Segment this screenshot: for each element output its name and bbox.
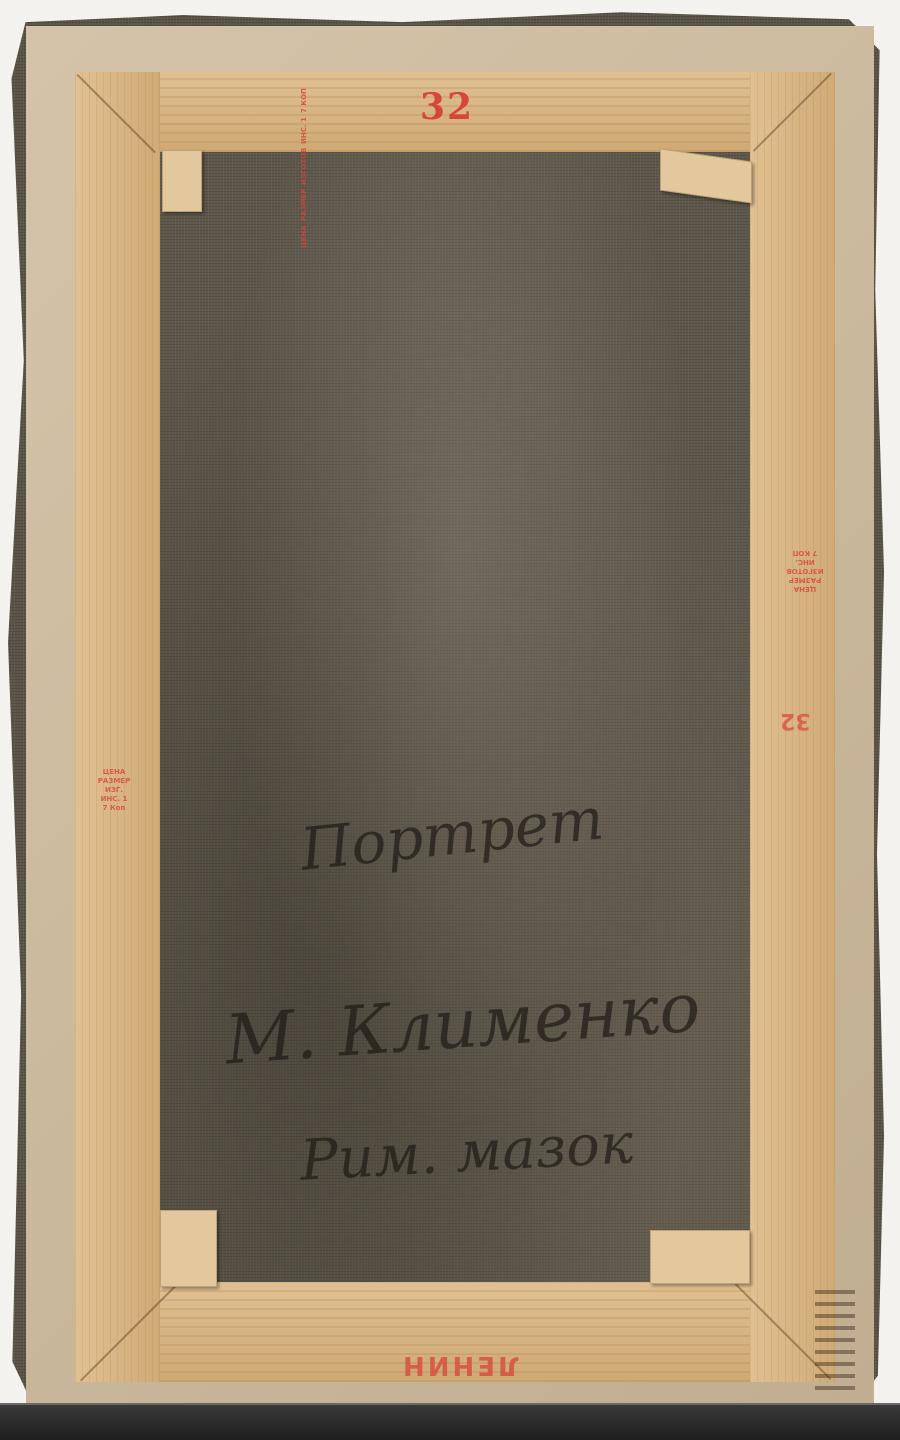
stamp-line: ИЗГОТОВ — [775, 566, 835, 575]
stamp-number: 32 — [420, 86, 474, 128]
stamp-line: 7 КОП — [775, 548, 835, 557]
stamp-price-left: ЦЕНА РАЗМЕР ИЗГ. ИНС. 1 7 Коп — [84, 768, 144, 813]
stamp-price-right: ЦЕНА РАЗМЕР ИЗГОТОВ ИНС. 7 КОП — [775, 548, 835, 593]
dark-shelf — [0, 1405, 900, 1440]
stamp-line: ИНС. 1 — [84, 795, 144, 804]
stamp-number-right: 32 — [780, 708, 811, 733]
stamp-line: ЦЕНА — [300, 225, 309, 248]
stamp-line: 7 Коп — [84, 804, 144, 813]
stamp-line: ЦЕНА — [775, 584, 835, 593]
stamp-line: ИНС. — [775, 557, 835, 566]
wedge-key-bottom-left — [160, 1210, 217, 1287]
stamp-line: ИЗГОТОВ — [300, 148, 309, 185]
stamp-bottom: ЛЕНИН — [400, 1350, 520, 1380]
stamp-line: ИЗГ. — [84, 786, 144, 795]
stamp-line: РАЗМЕР — [84, 777, 144, 786]
wedge-key-bottom-right — [650, 1230, 750, 1284]
stamp-line: ЦЕНА — [84, 768, 144, 777]
stamp-price-top: ЦЕНА РАЗМЕР ИЗГОТОВ ИНС. 1 7 КОП — [300, 88, 309, 248]
canvas-back — [160, 150, 760, 1290]
wedge-key-top-left — [162, 150, 202, 212]
stretcher-bar-left — [75, 72, 160, 1382]
stamp-line: РАЗМЕР — [300, 189, 309, 221]
stamp-line: 7 КОП — [300, 88, 309, 113]
dark-stain — [815, 1290, 855, 1390]
stamp-line: ИНС. 1 — [300, 117, 309, 144]
stamp-line: РАЗМЕР — [775, 575, 835, 584]
